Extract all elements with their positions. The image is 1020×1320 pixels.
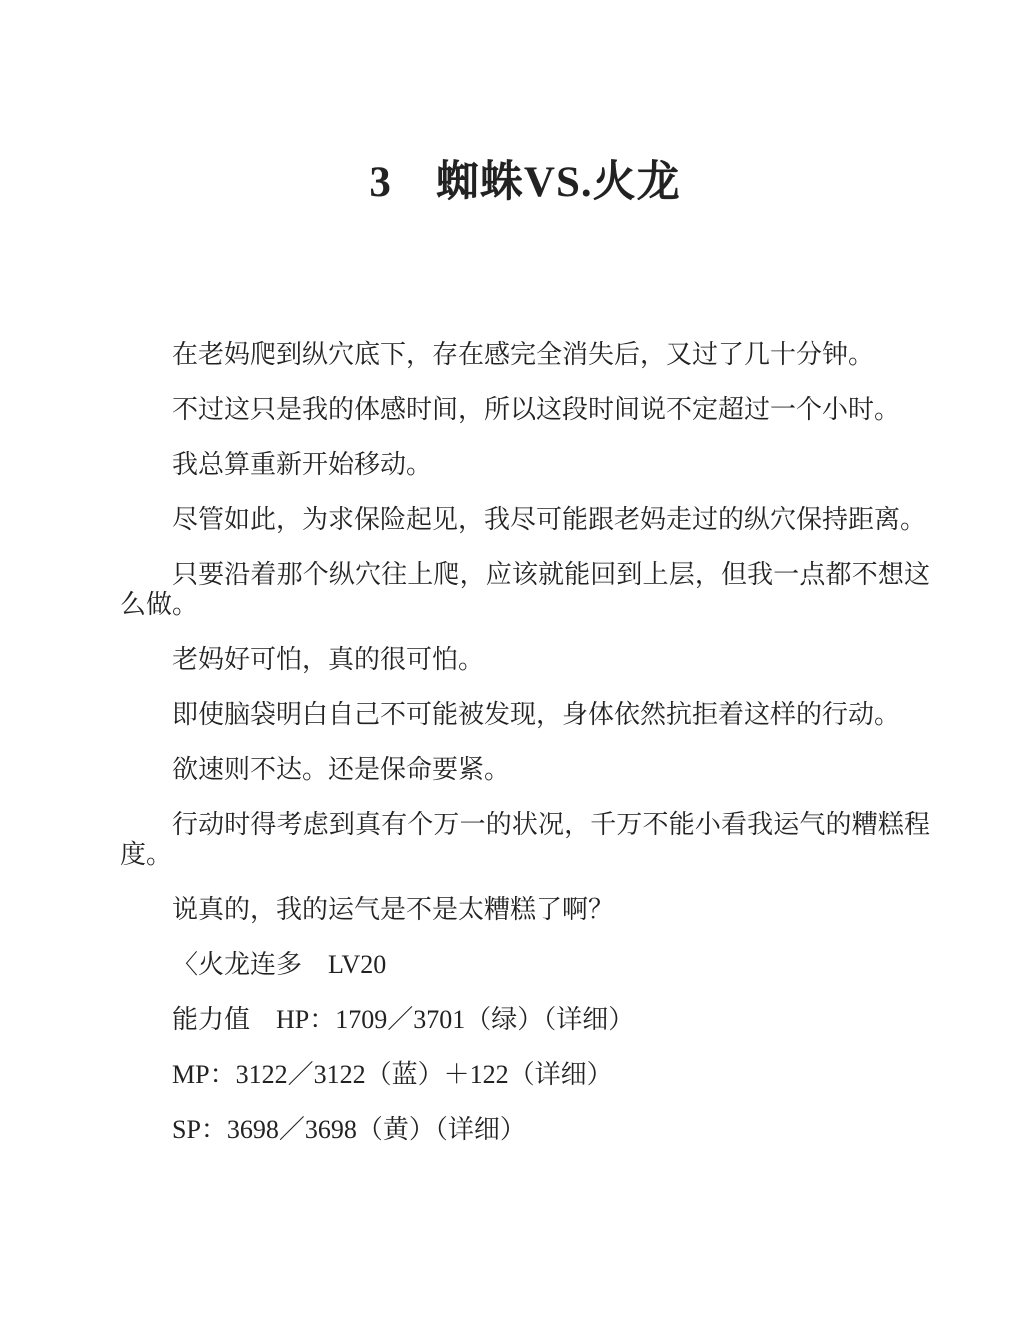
paragraph: 不过这只是我的体感时间，所以这段时间说不定超过一个小时。 bbox=[120, 395, 930, 425]
document-page: 3 蜘蛛VS.火龙 在老妈爬到纵穴底下，存在感完全消失后，又过了几十分钟。 不过… bbox=[0, 0, 1020, 1320]
paragraph: 老妈好可怕，真的很可怕。 bbox=[120, 645, 930, 675]
paragraph: 即使脑袋明白自己不可能被发现，身体依然抗拒着这样的行动。 bbox=[120, 700, 930, 730]
stat-line-sp: SP：3698／3698（黄）（详细） bbox=[120, 1115, 930, 1145]
paragraph: 只要沿着那个纵穴往上爬，应该就能回到上层，但我一点都不想这么做。 bbox=[120, 560, 930, 620]
paragraph: 尽管如此，为求保险起见，我尽可能跟老妈走过的纵穴保持距离。 bbox=[120, 505, 930, 535]
monster-name-line: 〈火龙连多 LV20 bbox=[120, 950, 930, 980]
paragraph: 行动时得考虑到真有个万一的状况，千万不能小看我运气的糟糕程度。 bbox=[120, 810, 930, 870]
stat-line-mp: MP：3122／3122（蓝）＋122（详细） bbox=[120, 1060, 930, 1090]
paragraph: 我总算重新开始移动。 bbox=[120, 450, 930, 480]
paragraph: 欲速则不达。还是保命要紧。 bbox=[120, 755, 930, 785]
paragraph: 说真的，我的运气是不是太糟糕了啊？ bbox=[120, 895, 930, 925]
stat-line-hp: 能力值 HP：1709／3701（绿）（详细） bbox=[120, 1005, 930, 1035]
document-body: 在老妈爬到纵穴底下，存在感完全消失后，又过了几十分钟。 不过这只是我的体感时间，… bbox=[120, 340, 930, 1145]
chapter-title: 3 蜘蛛VS.火龙 bbox=[120, 160, 930, 206]
paragraph: 在老妈爬到纵穴底下，存在感完全消失后，又过了几十分钟。 bbox=[120, 340, 930, 370]
